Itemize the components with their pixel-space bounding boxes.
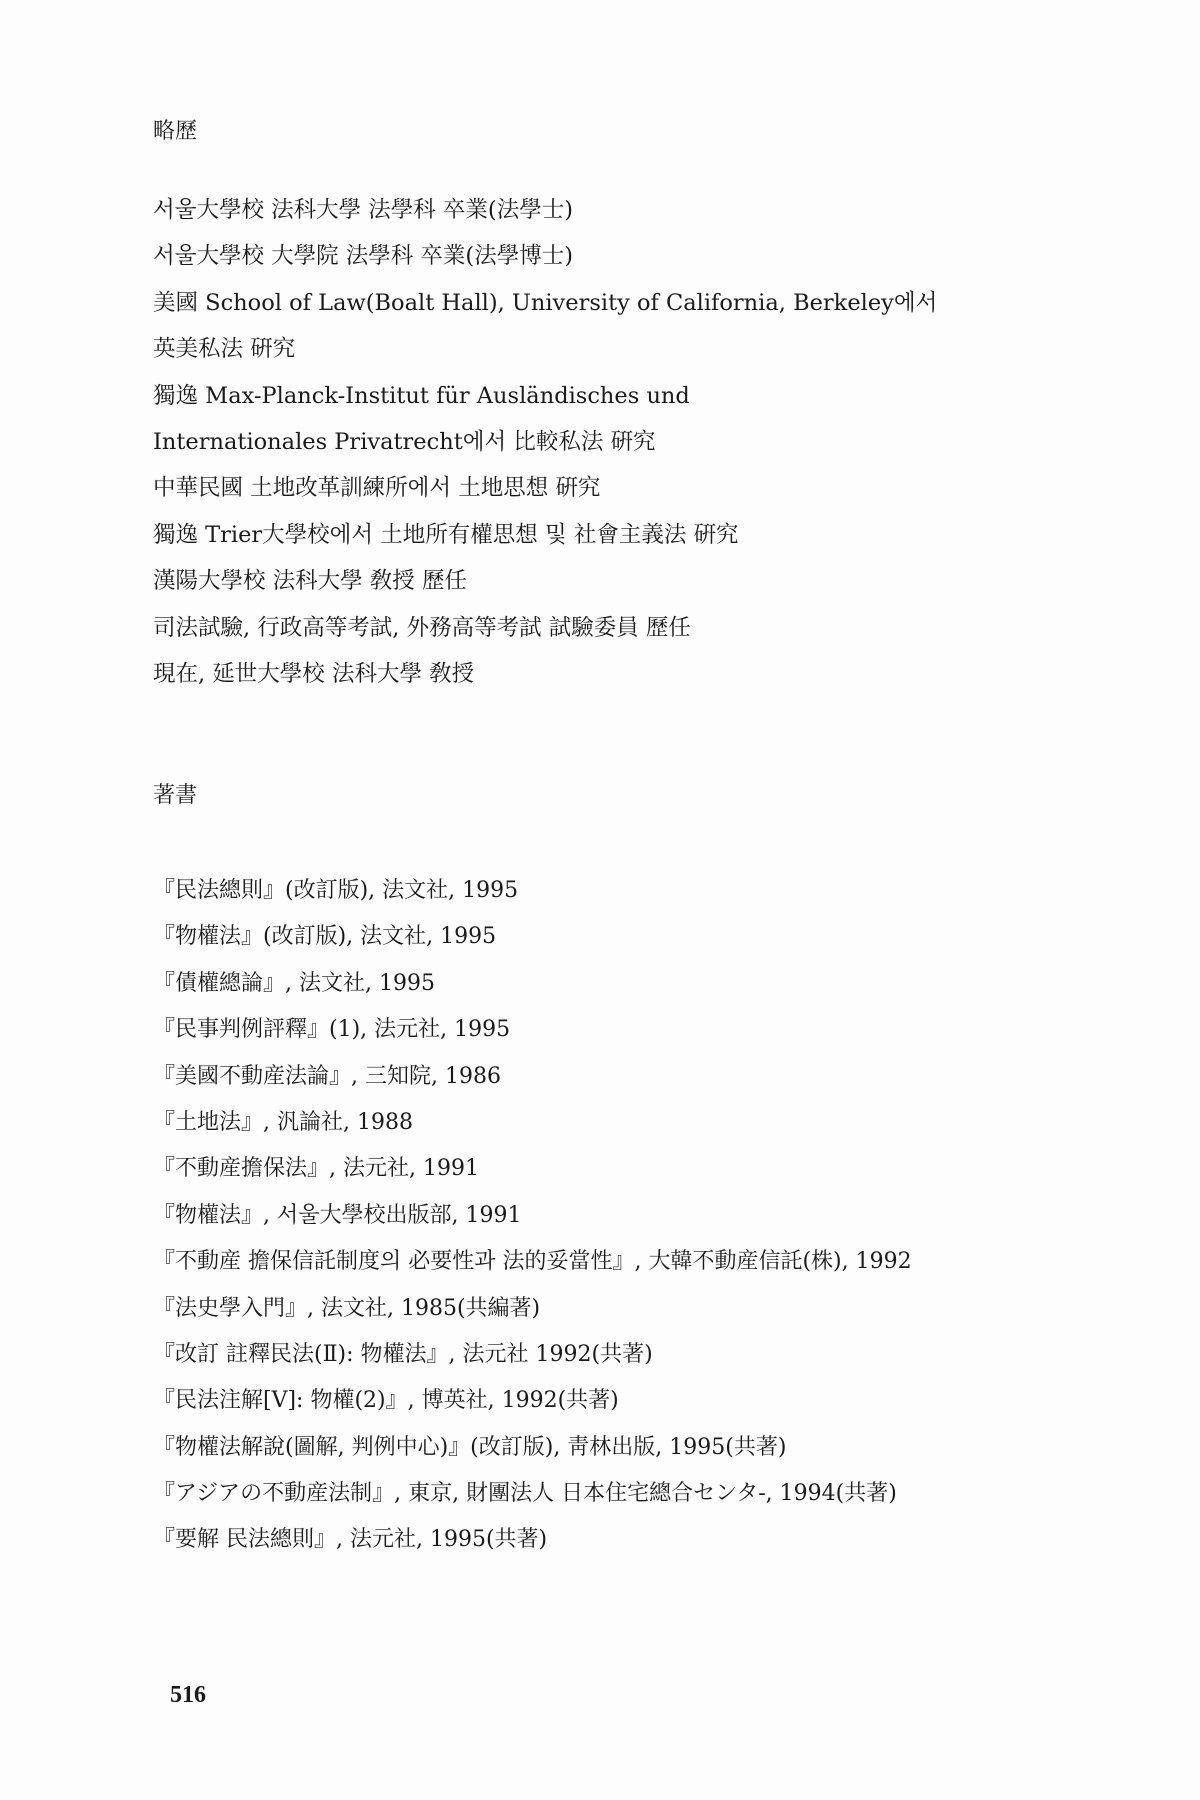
- publication-item: 『要解 民法總則』, 法元社, 1995(共著): [153, 1517, 912, 1563]
- publication-item: 『民事判例評釋』(1), 法元社, 1995: [153, 1007, 912, 1053]
- publications-heading: 著書: [153, 782, 197, 810]
- publication-item: 『不動産擔保法』, 法元社, 1991: [153, 1146, 912, 1192]
- publication-item: 『土地法』, 汎論社, 1988: [153, 1100, 912, 1146]
- biography-heading: 略歷: [153, 118, 197, 146]
- publication-item: 『改訂 註釋民法(Ⅱ): 物權法』, 法元社 1992(共著): [153, 1332, 912, 1378]
- biography-item: 司法試驗, 行政高等考試, 外務高等考試 試驗委員 歷任: [153, 605, 937, 651]
- publication-item: 『物權法』, 서울大學校出版部, 1991: [153, 1193, 912, 1239]
- publication-item: 『不動産 擔保信託制度의 必要性과 法的妥當性』, 大韓不動産信託(株), 19…: [153, 1239, 912, 1285]
- page-number: 516: [170, 1682, 206, 1709]
- biography-item: 美國 School of Law(Boalt Hall), University…: [153, 280, 937, 326]
- publication-item: 『民法注解[Ⅴ]: 物權(2)』, 博英社, 1992(共著): [153, 1378, 912, 1424]
- biography-item: Internationales Privatrecht에서 比較私法 硏究: [153, 419, 937, 465]
- publication-item: 『美國不動産法論』, 三知院, 1986: [153, 1054, 912, 1100]
- publication-item: 『債權總論』, 法文社, 1995: [153, 961, 912, 1007]
- publication-item: 『アジアの不動産法制』, 東京, 財團法人 日本住宅總合センタ-, 1994(共…: [153, 1471, 912, 1517]
- biography-item: 獨逸 Max-Planck-Institut für Ausländisches…: [153, 373, 937, 419]
- publication-item: 『物權法解說(圖解, 判例中心)』(改訂版), 靑林出版, 1995(共著): [153, 1425, 912, 1471]
- publications-list: 『民法總則』(改訂版), 法文社, 1995 『物權法』(改訂版), 法文社, …: [153, 868, 912, 1564]
- biography-list: 서울大學校 法科大學 法學科 卒業(法學士) 서울大學校 大學院 法學科 卒業(…: [153, 187, 937, 697]
- biography-item: 서울大學校 法科大學 法學科 卒業(法學士): [153, 187, 937, 233]
- document-page: 略歷 서울大學校 法科大學 法學科 卒業(法學士) 서울大學校 大學院 法學科 …: [0, 0, 1200, 1800]
- publication-item: 『物權法』(改訂版), 法文社, 1995: [153, 914, 912, 960]
- publication-item: 『民法總則』(改訂版), 法文社, 1995: [153, 868, 912, 914]
- biography-item: 現在, 延世大學校 法科大學 敎授: [153, 651, 937, 697]
- biography-item: 漢陽大學校 法科大學 敎授 歷任: [153, 558, 937, 604]
- biography-item: 英美私法 硏究: [153, 326, 937, 372]
- biography-item: 中華民國 土地改革訓練所에서 土地思想 硏究: [153, 465, 937, 511]
- biography-item: 서울大學校 大學院 法學科 卒業(法學博士): [153, 233, 937, 279]
- biography-item: 獨逸 Trier大學校에서 土地所有權思想 및 社會主義法 硏究: [153, 512, 937, 558]
- publication-item: 『法史學入門』, 法文社, 1985(共編著): [153, 1286, 912, 1332]
